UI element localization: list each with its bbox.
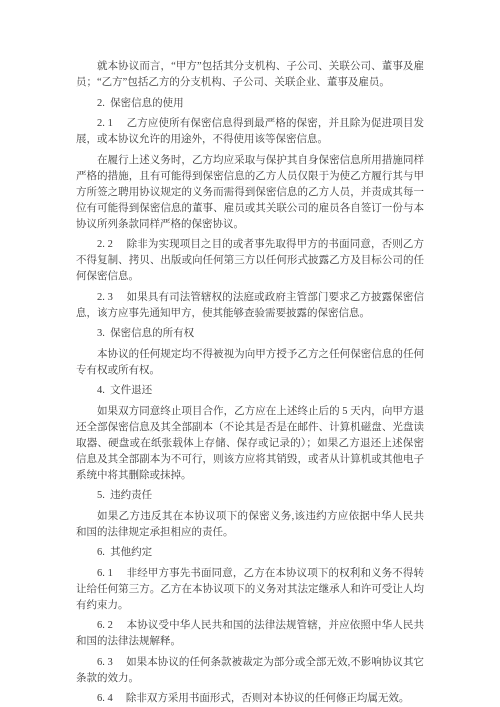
clause-2-2: 2. 2 除非为实现项目之目的或者事先取得甲方的书面同意，否则乙方不得复制、拷贝… [76, 237, 424, 285]
clause-6-4: 6. 4 除非双方采用书面形式，否则对本协议的任何修正均属无效。 [76, 691, 424, 707]
clause-2-1: 2. 1 乙方应使所有保密信息得到最严格的保密，并且除为促进项目发展，或本协议允… [76, 116, 424, 148]
paragraph-ownership: 本协议的任何规定均不得被视为向甲方授予乙方之任何保密信息的任何专有权或所有权。 [76, 347, 424, 379]
paragraph-return: 如果双方同意终止项目合作，乙方应在上述终止后的 5 天内，向甲方退还全部保密信息… [76, 404, 424, 484]
section-5-heading: 5. 违约责任 [76, 488, 424, 504]
section-2-heading: 2. 保密信息的使用 [76, 96, 424, 112]
clause-6-3: 6. 3 如果本协议的任何条款被裁定为部分或全部无效,不影响协议其它条款的效力。 [76, 655, 424, 687]
document-page: 就本协议而言，“甲方”包括其分支机构、子公司、关联公司、董事及雇员；“乙方”包括… [0, 0, 500, 707]
section-4-heading: 4. 文件退还 [76, 383, 424, 399]
paragraph-obligations: 在履行上述义务时，乙方均应采取与保护其自身保密信息所用措施同样严格的措施，且有可… [76, 153, 424, 233]
clause-6-2: 6. 2 本协议受中华人民共和国的法律法规管辖，并应依照中华人民共和国的法律法规… [76, 618, 424, 650]
clause-2-3: 2. 3 如果具有司法管辖权的法庭或政府主管部门要求乙方披露保密信息，该方应事先… [76, 290, 424, 322]
paragraph-liability: 如果乙方违反其在本协议项下的保密义务,该违约方应依据中华人民共和国的法律规定承担… [76, 509, 424, 541]
intro-paragraph: 就本协议而言，“甲方”包括其分支机构、子公司、关联公司、董事及雇员；“乙方”包括… [76, 59, 424, 91]
section-3-heading: 3. 保密信息的所有权 [76, 326, 424, 342]
section-6-heading: 6. 其他约定 [76, 545, 424, 561]
clause-6-1: 6. 1 非经甲方事先书面同意，乙方在本协议项下的权利和义务不得转让给任何第三方… [76, 566, 424, 614]
